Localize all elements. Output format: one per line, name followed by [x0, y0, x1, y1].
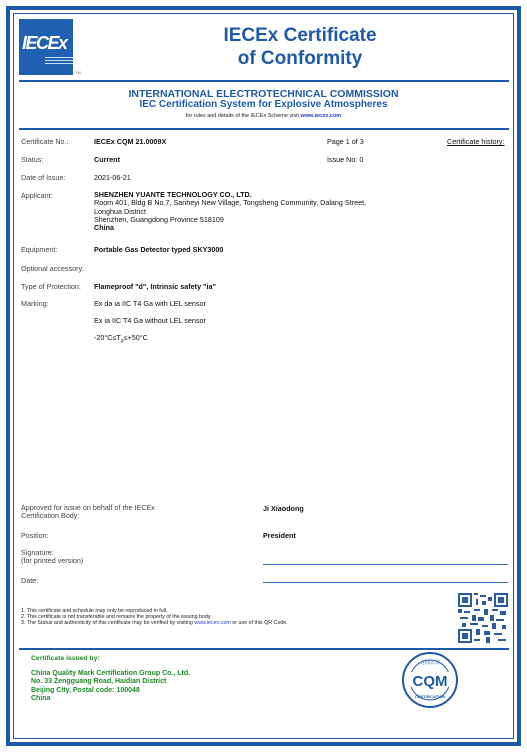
- optional-accessory-label: Optional accessory:: [21, 264, 84, 273]
- cqm-seal-icon: CQM 方圆认证 CERTIFICATION: [400, 650, 460, 710]
- applicant: SHENZHEN YUANTE TECHNOLOGY CO., LTD. Roo…: [94, 191, 366, 232]
- signature-label: Signature: (for printed version): [21, 549, 83, 565]
- marking-line: Ex da ia IIC T4 Ga with LEL sensor: [94, 299, 206, 308]
- approver-name: Ji Xiaodong: [263, 504, 304, 513]
- issue-no: Issue No: 0: [327, 155, 363, 164]
- svg-text:方圆认证: 方圆认证: [420, 659, 440, 666]
- date-line: [263, 582, 508, 583]
- iecex-logo: IECEx: [19, 19, 73, 75]
- approval-date-label: Date:: [21, 576, 38, 585]
- signature-line: [263, 564, 508, 565]
- rules-text: for rules and details of the IECEx Schem…: [0, 113, 527, 119]
- protection-label: Type of Protection:: [21, 282, 81, 291]
- page-indicator: Page 1 of 3: [327, 137, 364, 146]
- issued-by-label: Certificate issued by:: [31, 655, 100, 663]
- divider: [19, 80, 509, 82]
- equipment-label: Equipment:: [21, 245, 57, 254]
- page-border-inner: [13, 13, 514, 739]
- date-of-issue: 2021-06-21: [94, 173, 131, 182]
- divider: [19, 128, 509, 130]
- status-label: Status:: [21, 155, 43, 164]
- org-system: IEC Certification System for Explosive A…: [0, 99, 527, 110]
- marking-temperature: -20°C≤Ta≤+50°C: [94, 333, 148, 344]
- svg-text:CQM: CQM: [413, 673, 448, 690]
- position-label: Position:: [21, 531, 49, 540]
- equipment-value: Portable Gas Detector typed SKY3000: [94, 245, 223, 254]
- protection-value: Flameproof "d", Intrinsic safety "ia": [94, 282, 216, 291]
- issuer-address: China Quality Mark Certification Group C…: [31, 670, 190, 704]
- trademark: TM: [75, 70, 81, 75]
- certificate-no-label: Certificate No.:: [21, 137, 69, 146]
- status-value: Current: [94, 155, 120, 164]
- verify-link[interactable]: www.iecex.com: [194, 620, 231, 626]
- marking-line: Ex ia IIC T4 Ga without LEL sensor: [94, 316, 206, 325]
- applicant-label: Applicant:: [21, 191, 53, 200]
- qr-code[interactable]: [458, 593, 508, 643]
- certificate-no: IECEx CQM 21.0009X: [94, 137, 166, 146]
- date-label: Date of Issue:: [21, 173, 65, 182]
- iecex-link[interactable]: www.iecex.com: [300, 113, 341, 119]
- page-title: IECEx Certificate of Conformity: [150, 24, 450, 70]
- position-value: President: [263, 531, 296, 540]
- marking-label: Marking:: [21, 299, 49, 308]
- approved-label: Approved for issue on behalf of the IECE…: [21, 504, 155, 520]
- certificate-history-link[interactable]: Certificate history:: [447, 137, 505, 146]
- svg-text:CERTIFICATION: CERTIFICATION: [415, 694, 446, 699]
- notes: 1. This certificate and schedule may onl…: [21, 608, 288, 627]
